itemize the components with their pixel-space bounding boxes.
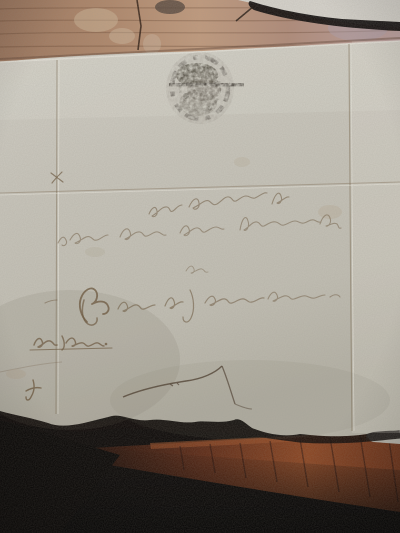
vignette-overlay (0, 0, 400, 533)
photo-canvas (0, 0, 400, 533)
scene-photo: Photograph of an antique folded letter c… (0, 0, 400, 533)
